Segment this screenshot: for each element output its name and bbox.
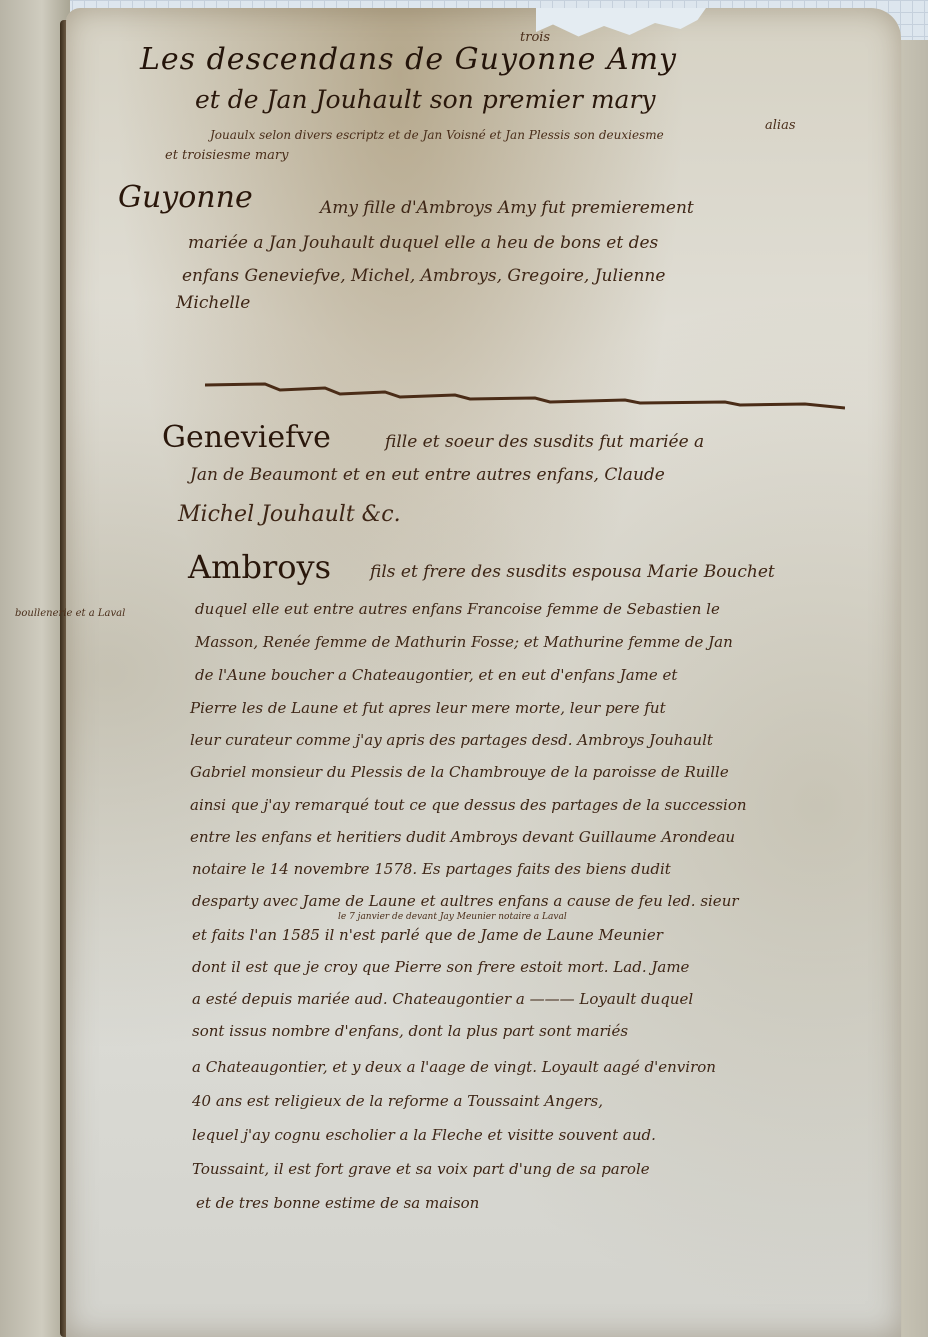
section-line: ainsi que j'ay remarqué tout ce que dess… [190,796,747,814]
section-line: leur curateur comme j'ay apris des parta… [190,731,713,749]
header-line-2: et de Jan Jouhault son premier mary [195,85,656,114]
section-line: Amy fille d'Ambroys Amy fut premierement [320,198,694,218]
section-line: Masson, Renée femme de Mathurin Fosse; e… [195,633,733,651]
header-line-4: et troisiesme mary [165,148,288,163]
section-line: sont issus nombre d'enfans, dont la plus… [192,1022,628,1040]
page-title: Les descendans de Guyonne Amy [140,42,677,77]
section-line: duquel elle eut entre autres enfans Fran… [195,600,720,618]
section-line: et faits l'an 1585 il n'est parlé que de… [192,926,663,944]
wavy-divider [205,380,845,410]
section-line: desparty avec Jame de Laune et aultres e… [192,892,739,910]
section-line: fils et frere des susdits espousa Marie … [370,562,775,582]
section-line: fille et soeur des susdits fut mariée a [385,432,704,452]
section-line: Michel Jouhault &c. [178,502,401,527]
section-line: Michelle [176,293,250,313]
section-line: de l'Aune boucher a Chateaugontier, et e… [195,666,677,684]
section-line: a esté depuis mariée aud. Chateaugontier… [192,990,693,1008]
torn-top-edge [536,8,706,38]
section-heading-geneviefve: Geneviefve [162,420,331,455]
section-line: Jan de Beaumont et en eut entre autres e… [190,465,665,485]
section-line: et de tres bonne estime de sa maison [196,1194,479,1212]
section-line: notaire le 14 novembre 1578. Es partages… [192,860,671,878]
header-alias: alias [765,118,796,133]
section-heading-ambroys: Ambroys [188,548,331,586]
margin-note: boullenerie et a Laval [15,608,125,619]
interlinear-note: le 7 janvier de devant Jay Meunier notai… [338,912,567,922]
section-line: 40 ans est religieux de la reforme a Tou… [192,1092,603,1110]
section-line: Toussaint, il est fort grave et sa voix … [192,1160,650,1178]
section-line: Pierre les de Laune et fut apres leur me… [190,699,666,717]
section-heading-guyonne: Guyonne [118,180,253,215]
section-line: enfans Geneviefve, Michel, Ambroys, Greg… [182,266,665,286]
header-line-3: Jouaulx selon divers escriptz et de Jan … [210,128,664,142]
section-line: lequel j'ay cognu escholier a la Fleche … [192,1126,656,1144]
section-line: mariée a Jan Jouhault duquel elle a heu … [188,233,658,253]
section-line: Gabriel monsieur du Plessis de la Chambr… [190,763,729,781]
section-line: dont il est que je croy que Pierre son f… [192,958,689,976]
section-line: a Chateaugontier, et y deux a l'aage de … [192,1058,716,1076]
section-line: entre les enfans et heritiers dudit Ambr… [190,828,735,846]
